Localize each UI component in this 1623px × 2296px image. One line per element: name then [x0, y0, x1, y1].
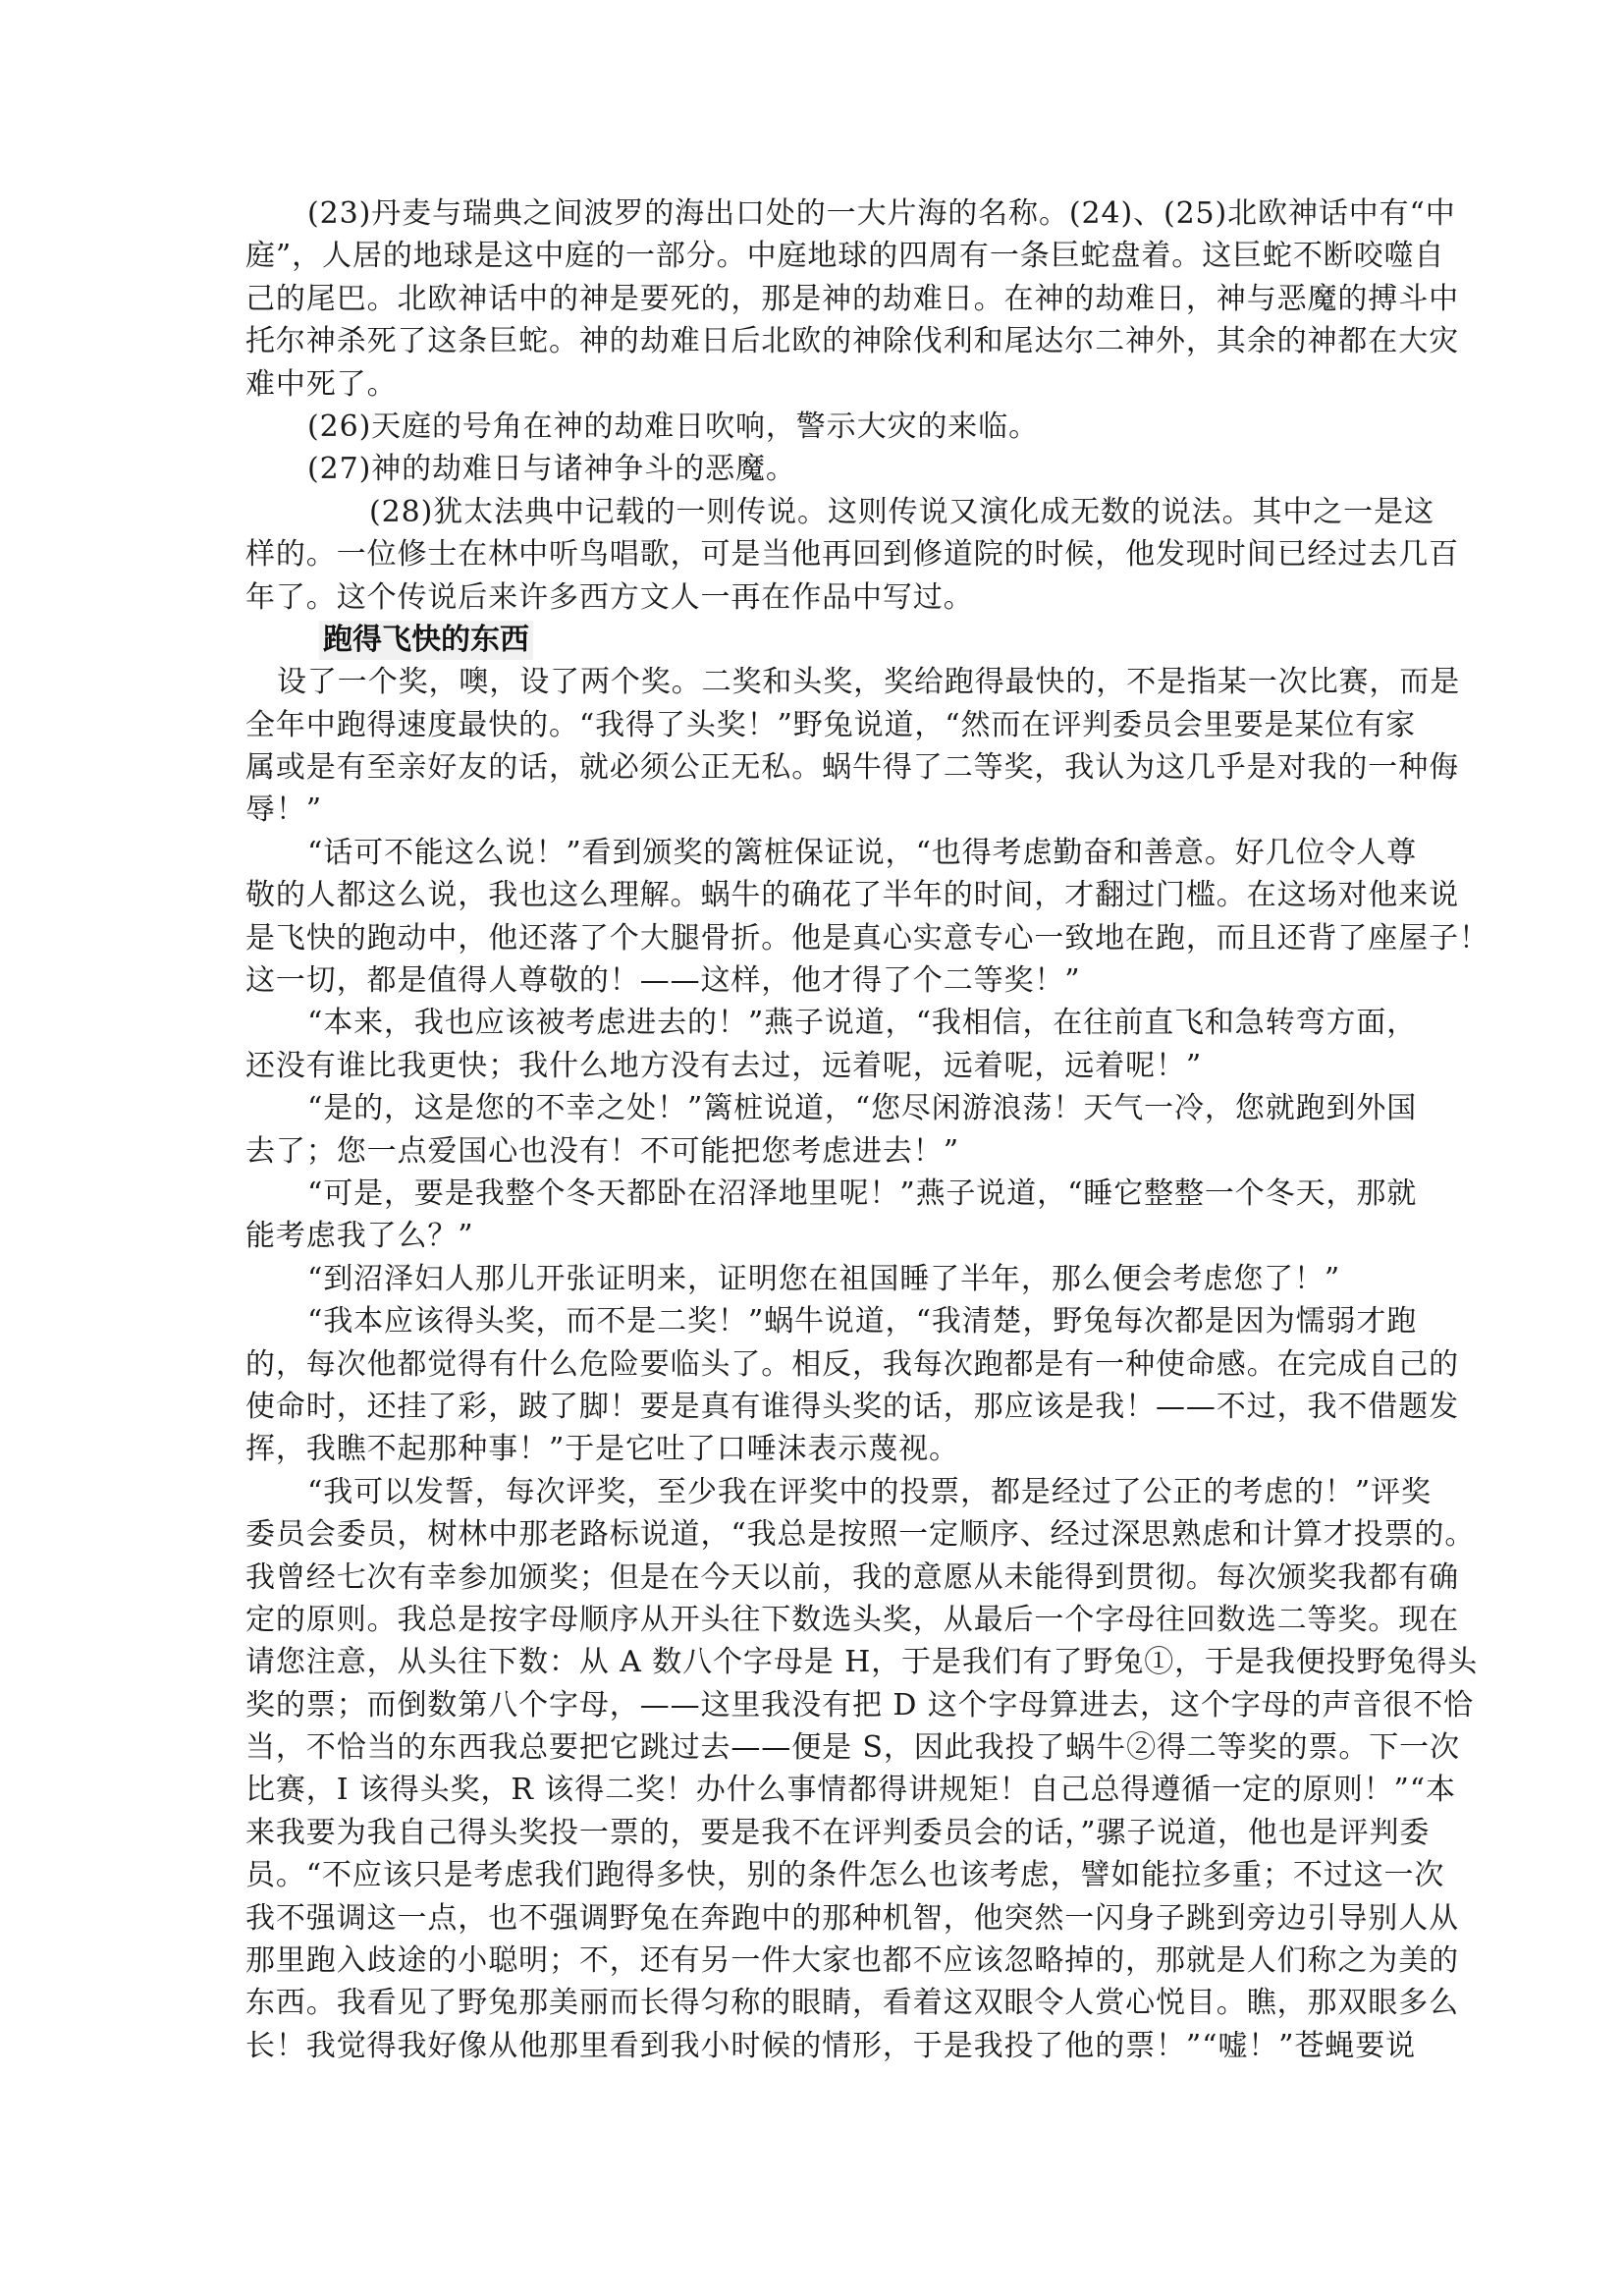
text-line: 那里跑入歧途的小聪明；不，还有另一件大家也都不应该忽略掉的，那就是人们称之为美的 — [245, 1940, 1384, 1982]
text-line: 敬的人都这么说，我也这么理解。蜗牛的确花了半年的时间，才翻过门槛。在这场对他来说 — [245, 874, 1384, 916]
text-line: 挥，我瞧不起那种事！”于是它吐了口唾沫表示蔑视。 — [245, 1428, 1384, 1470]
text-line: 使命时，还挂了彩，跛了脚！要是真有谁得头奖的话，那应该是我！——不过，我不借题发 — [245, 1386, 1384, 1428]
text-line: 长！我觉得我好像从他那里看到我小时候的情形，于是我投了他的票！”“嘘！”苍蝇要说 — [245, 2025, 1384, 2067]
text-line: 年了。这个传说后来许多西方文人一再在作品中写过。 — [245, 576, 1384, 619]
text-line: 能考虑我了么？” — [245, 1215, 1384, 1257]
paragraph-8: “我可以发誓，每次评奖，至少我在评奖中的投票，都是经过了公正的考虑的！”评奖 委… — [245, 1471, 1384, 2067]
text-line: (28)犹太法典中记载的一则传说。这则传说又演化成无数的说法。其中之一是这 — [245, 491, 1384, 533]
paragraph-5: “可是，要是我整个冬天都卧在沼泽地里呢！”燕子说道，“睡它整整一个冬天，那就 能… — [245, 1173, 1384, 1258]
footnote-26: (26)天庭的号角在神的劫难日吹响，警示大灾的来临。 — [245, 406, 1384, 448]
text-line: 庭”，人居的地球是这中庭的一部分。中庭地球的四周有一条巨蛇盘着。这巨蛇不断咬噬自 — [245, 235, 1384, 277]
text-line: 还没有谁比我更快；我什么地方没有去过，远着呢，远着呢，远着呢！” — [245, 1045, 1384, 1087]
text-line: “可是，要是我整个冬天都卧在沼泽地里呢！”燕子说道，“睡它整整一个冬天，那就 — [245, 1173, 1384, 1215]
text-line: 东西。我看见了野兔那美丽而长得匀称的眼睛，看着这双眼令人赏心悦目。瞧，那双眼多么 — [245, 1982, 1384, 2024]
text-line: “本来，我也应该被考虑进去的！”燕子说道，“我相信，在往前直飞和急转弯方面， — [245, 1002, 1384, 1044]
text-line: 我曾经七次有幸参加颁奖；但是在今天以前，我的意愿从未能得到贯彻。每次颁奖我都有确 — [245, 1557, 1384, 1599]
text-line: 去了；您一点爱国心也没有！不可能把您考虑进去！” — [245, 1130, 1384, 1173]
paragraph-6: “到沼泽妇人那儿开张证明来，证明您在祖国睡了半年，那么便会考虑您了！” — [245, 1258, 1384, 1300]
text-line: “我可以发誓，每次评奖，至少我在评奖中的投票，都是经过了公正的考虑的！”评奖 — [245, 1471, 1384, 1513]
text-line: 辱！” — [245, 789, 1384, 831]
text-line: 奖的票；而倒数第八个字母，——这里我没有把 D 这个字母算进去，这个字母的声音很… — [245, 1684, 1384, 1726]
text-line: 托尔神杀死了这条巨蛇。神的劫难日后北欧的神除伐利和尾达尔二神外，其余的神都在大灾 — [245, 320, 1384, 362]
text-line: “我本应该得头奖，而不是二奖！”蜗牛说道，“我清楚，野兔每次都是因为懦弱才跑 — [245, 1300, 1384, 1342]
text-line: 难中死了。 — [245, 363, 1384, 406]
story-title: 跑得飞快的东西 — [319, 621, 533, 660]
text-line: 设了一个奖，噢，设了两个奖。二奖和头奖，奖给跑得最快的，不是指某一次比赛，而是 — [245, 661, 1384, 703]
paragraph-2: “话可不能这么说！”看到颁奖的篱桩保证说，“也得考虑勤奋和善意。好几位令人尊 敬… — [245, 832, 1384, 1003]
footnote-28: (28)犹太法典中记载的一则传说。这则传说又演化成无数的说法。其中之一是这 样的… — [245, 491, 1384, 619]
footnote-23-25: (23)丹麦与瑞典之间波罗的海出口处的一大片海的名称。(24)、(25)北欧神话… — [245, 192, 1384, 406]
text-line: 比赛，I 该得头奖，R 该得二奖！办什么事情都得讲规矩！自己总得遵循一定的原则！… — [245, 1769, 1384, 1811]
text-line: 这一切，都是值得人尊敬的！——这样，他才得了个二等奖！” — [245, 959, 1384, 1002]
paragraph-1: 设了一个奖，噢，设了两个奖。二奖和头奖，奖给跑得最快的，不是指某一次比赛，而是 … — [245, 661, 1384, 832]
text-line: (23)丹麦与瑞典之间波罗的海出口处的一大片海的名称。(24)、(25)北欧神话… — [245, 192, 1384, 235]
text-line: 是飞快的跑动中，他还落了个大腿骨折。他是真心实意专心一致地在跑，而且还背了座屋子… — [245, 917, 1384, 959]
text-line: 全年中跑得速度最快的。“我得了头奖！”野兔说道，“然而在评判委员会里要是某位有家 — [245, 704, 1384, 746]
story-title-row: 跑得飞快的东西 — [245, 619, 1384, 661]
text-line: 委员会委员，树林中那老路标说道，“我总是按照一定顺序、经过深思熟虑和计算才投票的… — [245, 1513, 1384, 1556]
text-line: 来我要为我自己得头奖投一票的，要是我不在评判委员会的话，”骡子说道，他也是评判委 — [245, 1812, 1384, 1854]
text-line: 属或是有至亲好友的话，就必须公正无私。蜗牛得了二等奖，我认为这几乎是对我的一种侮 — [245, 746, 1384, 789]
text-line: 的，每次他都觉得有什么危险要临头了。相反，我每次跑都是有一种使命感。在完成自己的 — [245, 1343, 1384, 1386]
text-line: 定的原则。我总是按字母顺序从开头往下数选头奖，从最后一个字母往回数选二等奖。现在 — [245, 1599, 1384, 1641]
paragraph-7: “我本应该得头奖，而不是二奖！”蜗牛说道，“我清楚，野兔每次都是因为懦弱才跑 的… — [245, 1300, 1384, 1471]
text-line: 我不强调这一点，也不强调野兔在奔跑中的那种机智，他突然一闪身子跳到旁边引导别人从 — [245, 1897, 1384, 1940]
text-line: 样的。一位修士在林中听鸟唱歌，可是当他再回到修道院的时候，他发现时间已经过去几百 — [245, 533, 1384, 575]
text-line: 员。“不应该只是考虑我们跑得多快，别的条件怎么也该考虑，譬如能拉多重；不过这一次 — [245, 1854, 1384, 1896]
text-line: 当，不恰当的东西我总要把它跳过去——便是 S，因此我投了蜗牛②得二等奖的票。下一… — [245, 1726, 1384, 1769]
text-line: 请您注意，从头往下数：从 A 数八个字母是 H，于是我们有了野兔①，于是我便投野… — [245, 1641, 1384, 1683]
footnote-27: (27)神的劫难日与诸神争斗的恶魔。 — [245, 448, 1384, 490]
paragraph-3: “本来，我也应该被考虑进去的！”燕子说道，“我相信，在往前直飞和急转弯方面， 还… — [245, 1002, 1384, 1087]
document-page: (23)丹麦与瑞典之间波罗的海出口处的一大片海的名称。(24)、(25)北欧神话… — [245, 192, 1384, 2067]
text-line: “到沼泽妇人那儿开张证明来，证明您在祖国睡了半年，那么便会考虑您了！” — [245, 1258, 1384, 1300]
text-line: “话可不能这么说！”看到颁奖的篱桩保证说，“也得考虑勤奋和善意。好几位令人尊 — [245, 832, 1384, 874]
text-line: “是的，这是您的不幸之处！”篱桩说道，“您尽闲游浪荡！天气一冷，您就跑到外国 — [245, 1087, 1384, 1129]
paragraph-4: “是的，这是您的不幸之处！”篱桩说道，“您尽闲游浪荡！天气一冷，您就跑到外国 去… — [245, 1087, 1384, 1173]
text-line: 己的尾巴。北欧神话中的神是要死的，那是神的劫难日。在神的劫难日，神与恶魔的搏斗中 — [245, 278, 1384, 320]
